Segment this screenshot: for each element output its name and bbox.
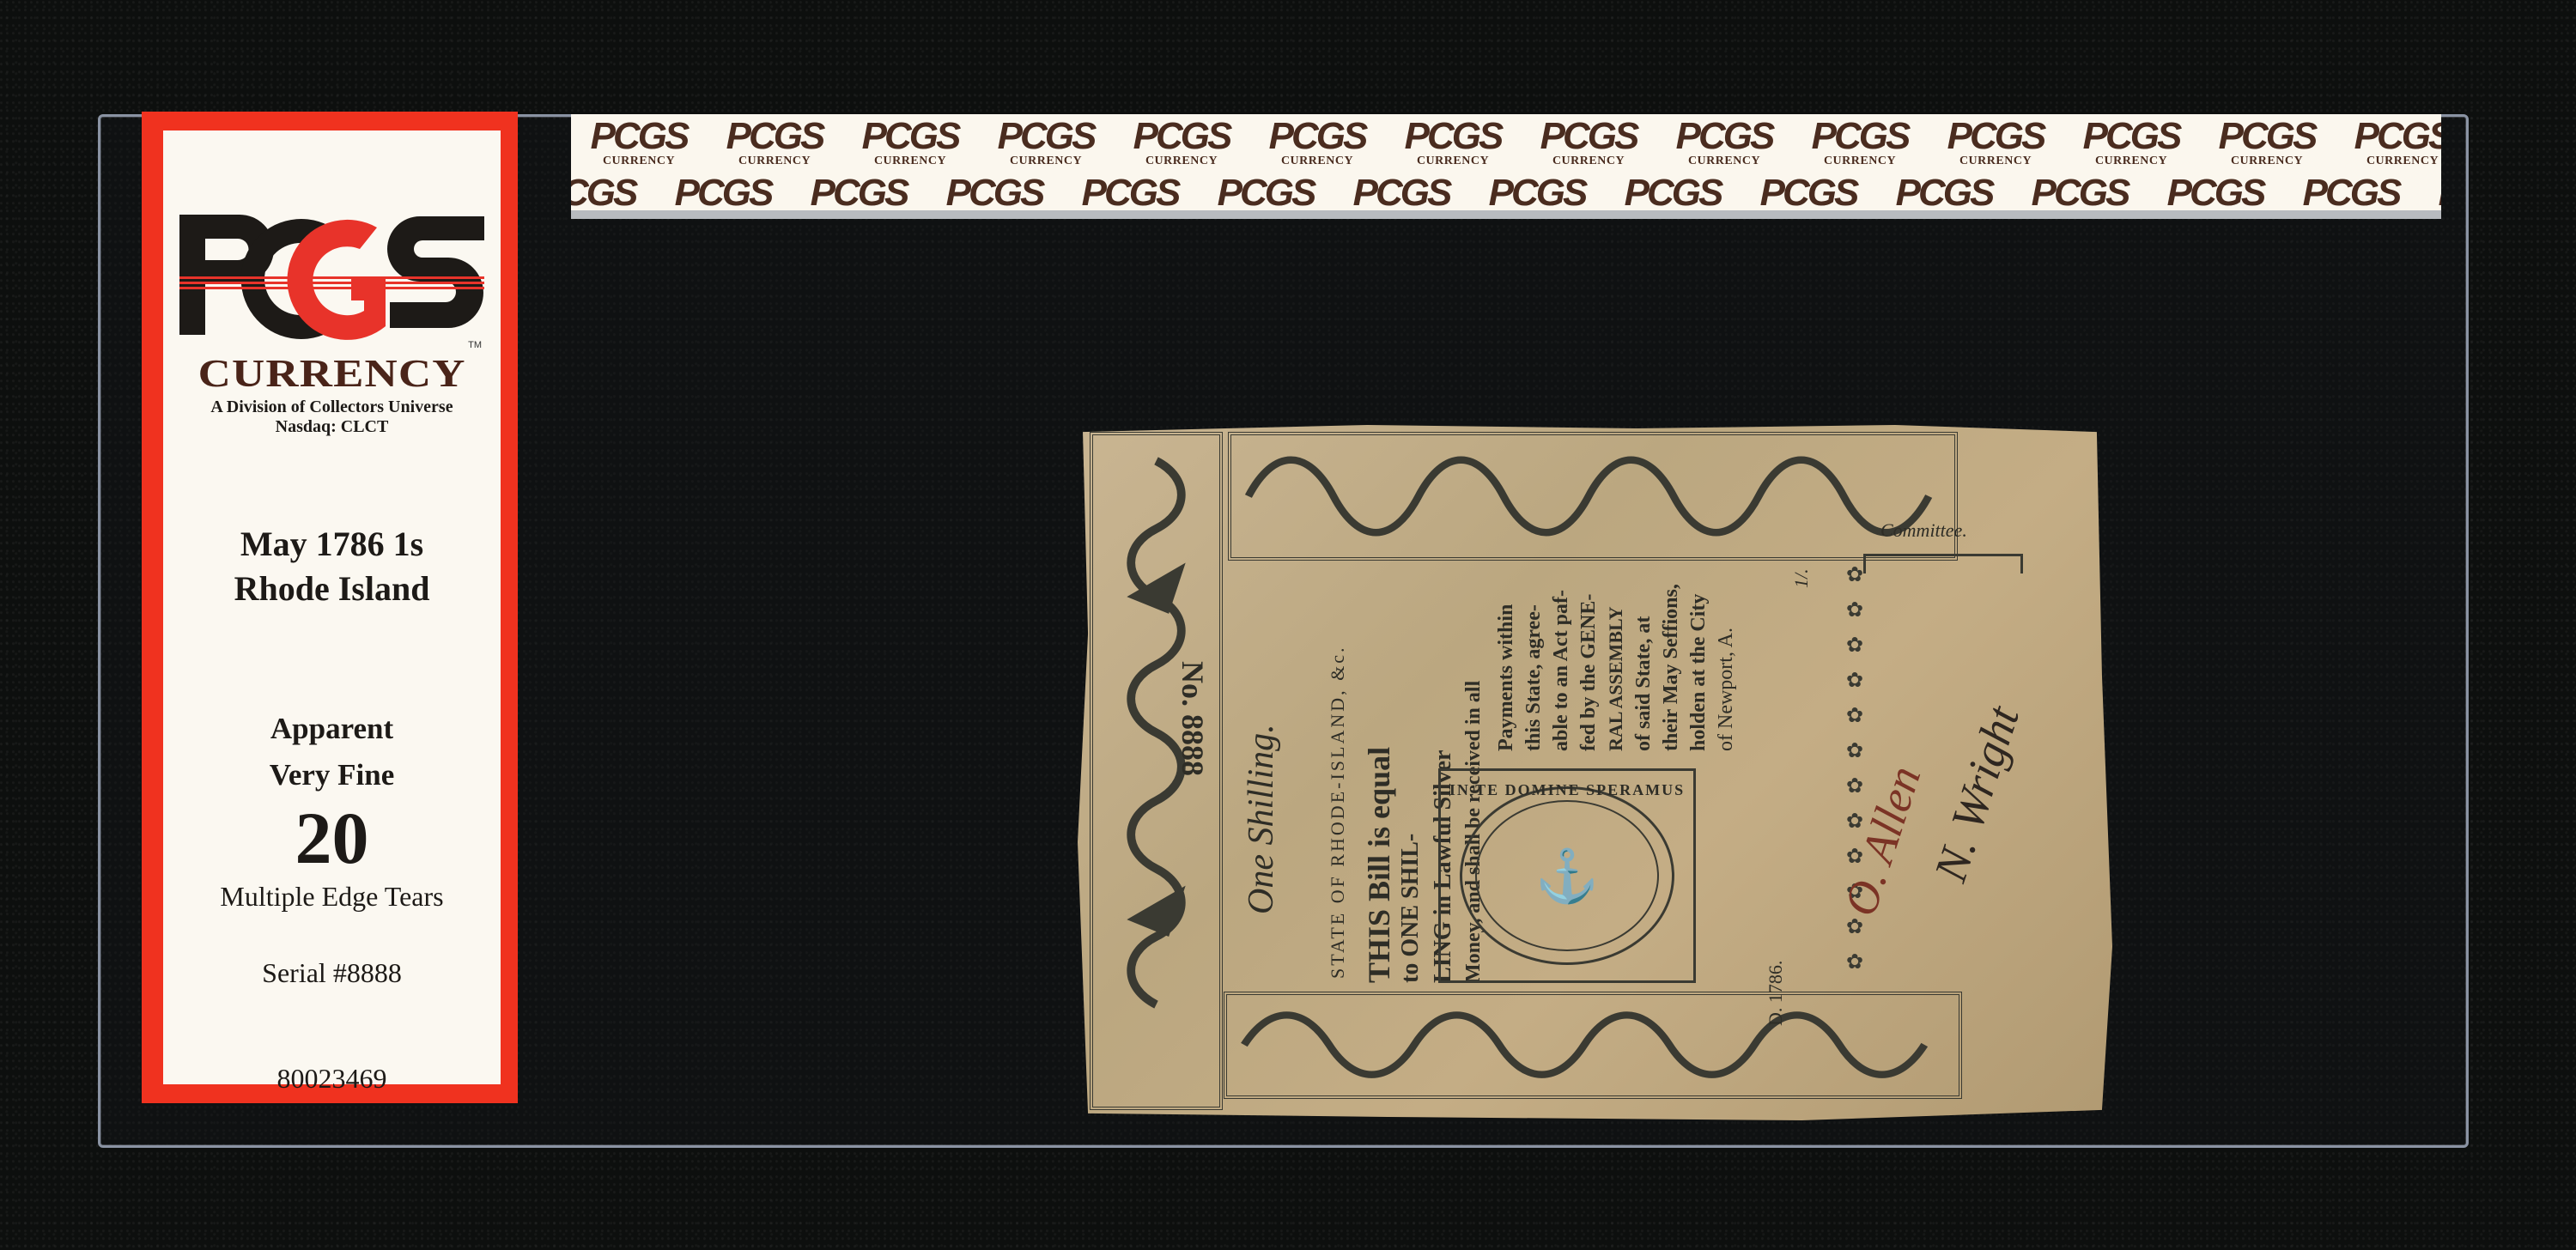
grade-comments: Multiple Edge Tears xyxy=(220,881,443,913)
note-text-line: holden at the City xyxy=(1687,594,1710,751)
note-text-line: RAL ASSEMBLY xyxy=(1605,606,1627,751)
note-state-header: STATE OF RHODE-ISLAND, &c. xyxy=(1327,645,1349,979)
rosette-icon: ✿ xyxy=(1846,562,1863,587)
note-text-line: able to an Act paf- xyxy=(1550,590,1573,751)
rosette-icon: ✿ xyxy=(1846,703,1863,728)
pcgs-logo-icon xyxy=(175,206,489,343)
strip-logo: PCGSCURRENCY xyxy=(2199,118,2335,167)
note-denomination: One Shilling. xyxy=(1241,724,1282,914)
division-text: A Division of Collectors Universe xyxy=(210,397,453,417)
strip-logo: PCGS xyxy=(2148,174,2283,212)
strip-logo: PCGSCURRENCY xyxy=(978,118,1114,167)
strip-logo: PCGS xyxy=(791,174,927,212)
serial-number: Serial #8888 xyxy=(262,957,402,989)
scroll-ornament-icon xyxy=(1236,1004,1950,1087)
scroll-ornament-icon xyxy=(1240,444,1946,549)
strip-logo: PCGS xyxy=(927,174,1062,212)
note-text-line: to ONE SHIL- xyxy=(1397,834,1425,983)
pcgs-logo: TM xyxy=(175,206,489,343)
strip-logo: PCGS xyxy=(1198,174,1334,212)
note-text-line: of Newport, A. xyxy=(1715,628,1738,751)
note-text-line: THIS Bill is equal xyxy=(1361,747,1397,983)
strip-logo: PCGSCURRENCY xyxy=(571,118,707,167)
note-text-line: this State, agree- xyxy=(1522,604,1546,751)
cert-number: 80023469 xyxy=(277,1063,387,1095)
ticker-text: Nasdaq: CLCT xyxy=(276,417,389,436)
brand-subtitle: CURRENCY xyxy=(198,350,466,396)
strip-logo: PCGS xyxy=(1876,174,2012,212)
strip-logo: PCGS xyxy=(571,174,655,212)
anchor-icon: ⚓ xyxy=(1475,800,1659,951)
strip-logo: PCGSCURRENCY xyxy=(1656,118,1792,167)
grade-number: 20 xyxy=(295,802,369,874)
strip-logo: PCGS xyxy=(2283,174,2419,212)
note-text-line: fed by the GENE- xyxy=(1577,594,1601,751)
grading-label: TM CURRENCY A Division of Collectors Uni… xyxy=(142,112,518,1103)
rosette-icon: ✿ xyxy=(1846,633,1863,658)
strip-logo: PCGSCURRENCY xyxy=(1385,118,1521,167)
strip-logo: PCGS xyxy=(2012,174,2148,212)
strip-logo: PCGS xyxy=(2419,174,2441,212)
strip-logo: PCGSCURRENCY xyxy=(842,118,978,167)
grade-text: Apparent Very Fine xyxy=(270,706,395,798)
note-text-line: Payments within xyxy=(1495,604,1518,751)
committee-label: Committee. xyxy=(1880,519,1967,542)
note-description: May 1786 1s Rhode Island xyxy=(234,522,430,611)
rosette-icon: ✿ xyxy=(1846,914,1863,939)
strip-logo: PCGS xyxy=(1062,174,1198,212)
rosette-icon: ✿ xyxy=(1846,738,1863,763)
note-date: D. 1786. xyxy=(1765,961,1787,1026)
trademark-mark: TM xyxy=(468,340,482,350)
ornamental-border-bottom xyxy=(1224,992,1962,1099)
grade-name: Very Fine xyxy=(270,752,395,798)
note-description-line1: May 1786 1s xyxy=(234,522,430,567)
note-text-line: their May Seffions, xyxy=(1660,584,1683,751)
strip-logo: PCGSCURRENCY xyxy=(707,118,842,167)
rosette-icon: ✿ xyxy=(1846,598,1863,622)
strip-logo: PCGSCURRENCY xyxy=(1928,118,2063,167)
strip-logo: PCGSCURRENCY xyxy=(1249,118,1385,167)
anchor-seal: ⚓ IN TE DOMINE SPERAMUS xyxy=(1438,768,1696,983)
strip-logo: PCGS xyxy=(1334,174,1469,212)
rosette-icon: ✿ xyxy=(1846,950,1863,974)
security-strip: PCGSCURRENCYPCGSCURRENCYPCGSCURRENCYPCGS… xyxy=(571,114,2441,219)
strip-logo: PCGSCURRENCY xyxy=(2063,118,2199,167)
note-serial-number: No. 8888 xyxy=(1175,661,1211,776)
strip-logo: PCGS xyxy=(1469,174,1605,212)
signature-black: N. Wright xyxy=(1923,700,2030,888)
rosette-icon: ✿ xyxy=(1846,774,1863,798)
colonial-banknote: No. 8888 One Shilling. STATE OF RHODE-IS… xyxy=(1078,425,2112,1120)
strip-logo: PCGSCURRENCY xyxy=(2335,118,2441,167)
ornamental-border-top xyxy=(1228,432,1958,561)
strip-logo: PCGS xyxy=(1741,174,1876,212)
rosette-icon: ✿ xyxy=(1846,668,1863,693)
grade-qualifier: Apparent xyxy=(270,706,395,752)
strip-logo: PCGSCURRENCY xyxy=(1114,118,1249,167)
strip-row-top: PCGSCURRENCYPCGSCURRENCYPCGSCURRENCYPCGS… xyxy=(571,118,2441,167)
strip-logo: PCGS xyxy=(655,174,791,212)
strip-row-bottom: PCGSPCGSPCGSPCGSPCGSPCGSPCGSPCGSPCGSPCGS… xyxy=(571,174,2441,212)
note-denomination-mark: 1/. xyxy=(1790,568,1813,588)
strip-logo: PCGS xyxy=(1605,174,1741,212)
note-description-line2: Rhode Island xyxy=(234,567,430,611)
strip-logo: PCGSCURRENCY xyxy=(1792,118,1928,167)
strip-logo: PCGSCURRENCY xyxy=(1521,118,1656,167)
note-text-line: of said State, at xyxy=(1632,616,1656,751)
signature-brace xyxy=(1863,554,2023,573)
seal-motto: IN TE DOMINE SPERAMUS xyxy=(1441,781,1693,799)
